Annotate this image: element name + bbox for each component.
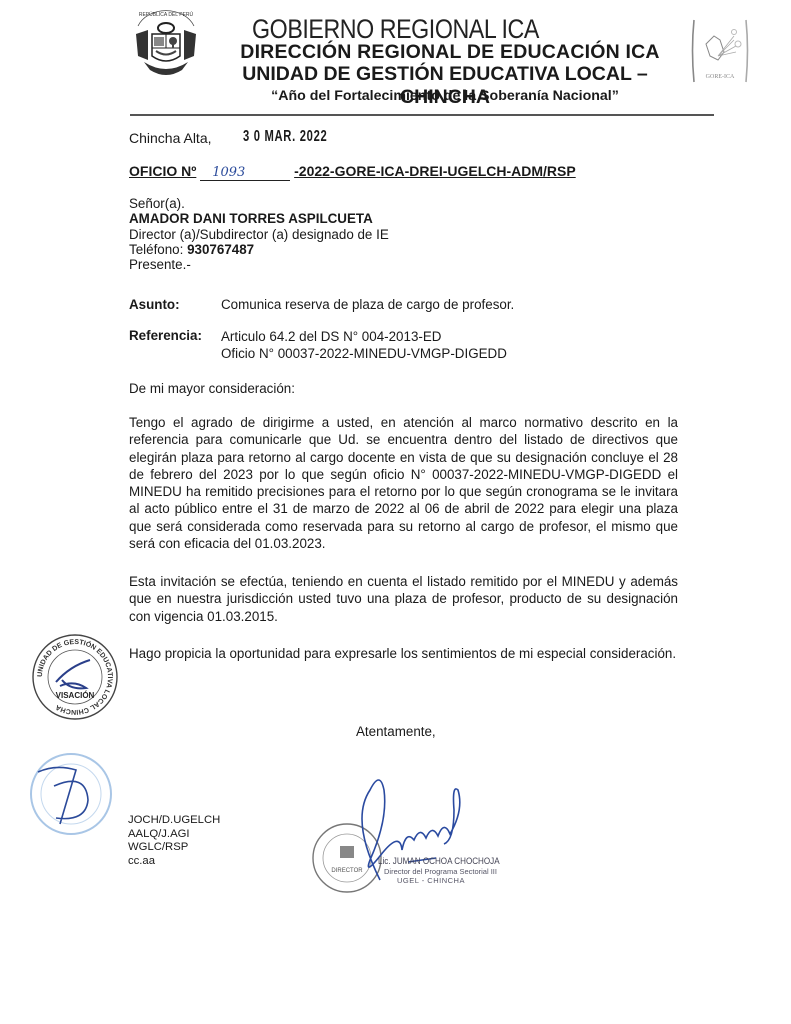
phone-label: Teléfono: [129, 242, 183, 257]
reference-line: cc.aa [128, 855, 220, 869]
reference-line: JOCH/D.UGELCH [128, 814, 220, 828]
signer-name: Lic. JUMAN OCHOA CHOCHOJA [378, 856, 500, 867]
referencia-line: Articulo 64.2 del DS N° 004-2013-ED [221, 328, 507, 345]
signer-office: UGEL - CHINCHA [397, 876, 465, 885]
header-year-motto: “Año del Fortalecimiento de la Soberanía… [220, 88, 670, 104]
asunto-value: Comunica reserva de plaza de cargo de pr… [221, 297, 514, 312]
reference-line: AALQ/J.AGI [128, 828, 220, 842]
referencia-line: Oficio N° 00037-2022-MINEDU-VMGP-DIGEDD [221, 345, 507, 362]
greeting: De mi mayor consideración: [129, 381, 295, 396]
initials-stamp [26, 742, 126, 842]
date-stamp: 3 0 MAR. 2022 [243, 128, 327, 146]
oficio-label: OFICIO Nº [129, 163, 196, 179]
referencia-value: Articulo 64.2 del DS N° 004-2013-ED Ofic… [221, 328, 507, 362]
gore-ica-logo: GORE-ICA [690, 14, 750, 84]
addressee-phone-line: Teléfono: 930767487 [129, 242, 529, 257]
addressee-name: AMADOR DANI TORRES ASPILCUETA [129, 211, 529, 226]
oficio-code: -2022-GORE-ICA-DREI-UGELCH-ADM/RSP [294, 163, 576, 179]
svg-text:GORE-ICA: GORE-ICA [706, 74, 735, 80]
asunto-label: Asunto: [129, 297, 180, 312]
header-direccion-regional: DIRECCIÓN REGIONAL DE EDUCACIÓN ICA [215, 41, 685, 64]
oficio-number: 1093 [200, 165, 290, 181]
body-paragraph: Tengo el agrado de dirigirme a usted, en… [129, 414, 678, 552]
body-paragraph: Hago propicia la oportunidad para expres… [129, 645, 678, 662]
body-paragraph: Esta invitación se efectúa, teniendo en … [129, 573, 678, 625]
visacion-stamp: UNIDAD DE GESTIÓN EDUCATIVA LOCAL CHINCH… [30, 632, 120, 722]
addressee-presente: Presente.- [129, 257, 529, 272]
closing: Atentamente, [356, 724, 436, 739]
addressee-position: Director (a)/Subdirector (a) designado d… [129, 227, 529, 242]
referencia-label: Referencia: [129, 328, 202, 343]
header-divider [130, 114, 714, 116]
phone-number: 930767487 [187, 242, 254, 257]
oficio-reference: OFICIO Nº 1093 -2022-GORE-ICA-DREI-UGELC… [129, 163, 576, 181]
date-place: Chincha Alta, [129, 130, 212, 146]
reference-line: WGLC/RSP [128, 841, 220, 855]
signer-role: Director del Programa Sectorial III [384, 867, 497, 876]
addressee-block: Señor(a). AMADOR DANI TORRES ASPILCUETA … [129, 196, 529, 272]
reference-initials: JOCH/D.UGELCH AALQ/J.AGI WGLC/RSP cc.aa [128, 814, 220, 868]
addressee-salutation: Señor(a). [129, 196, 529, 211]
svg-text:VISACIÓN: VISACIÓN [56, 691, 95, 700]
